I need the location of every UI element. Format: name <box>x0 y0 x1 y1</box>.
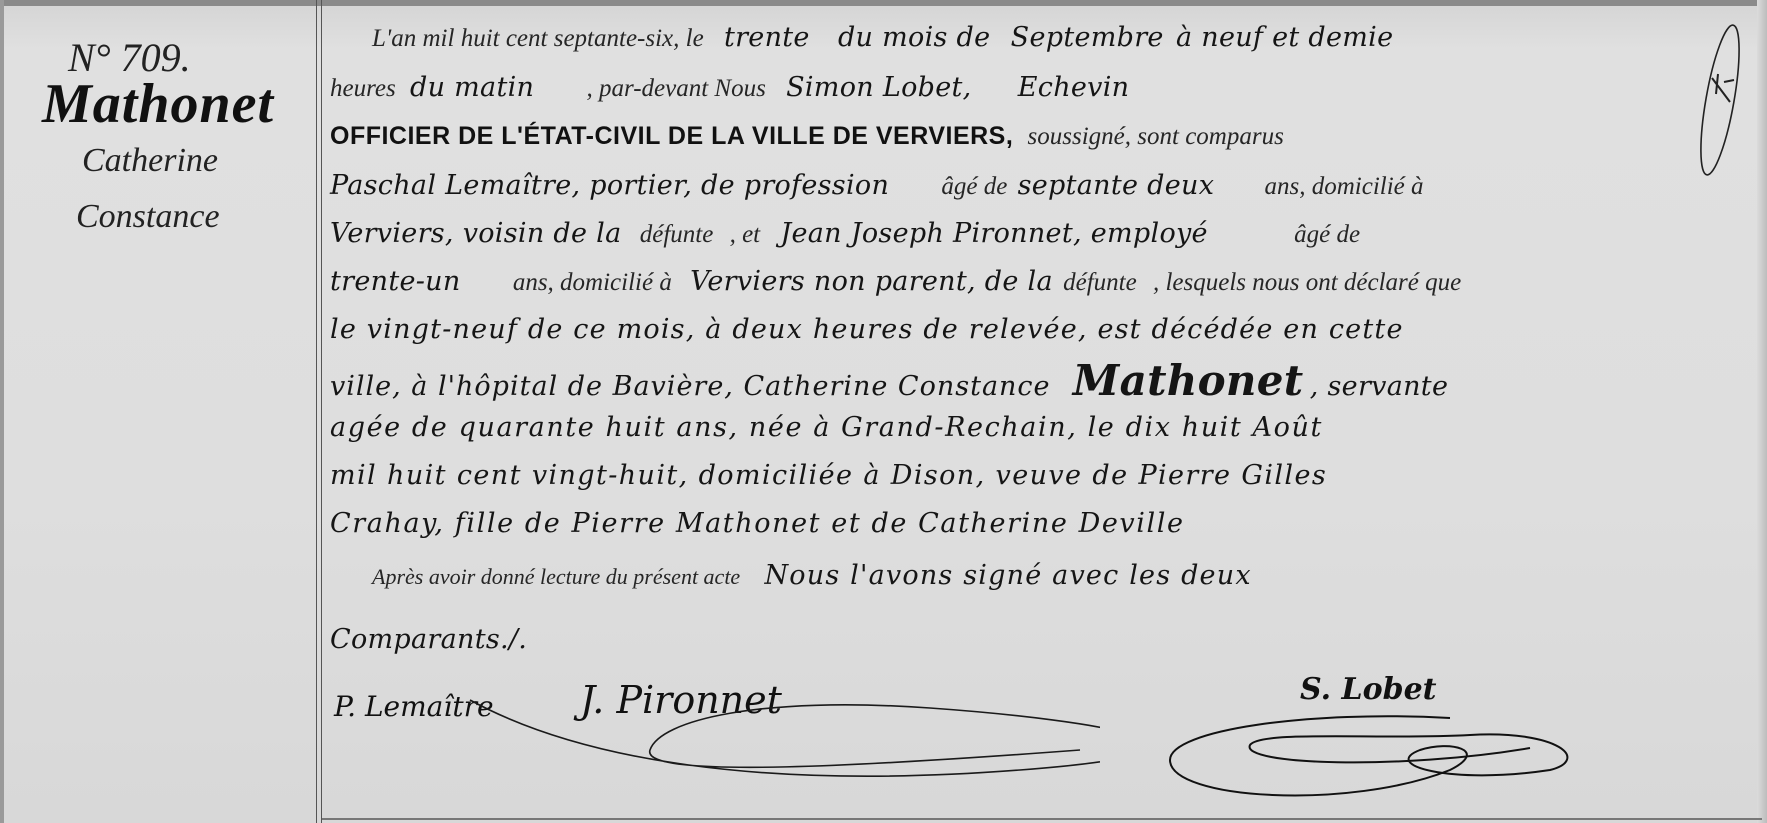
handwritten-occupation: , servante <box>1310 371 1448 402</box>
record-line-3: OFFICIER DE L'ÉTAT-CIVIL DE LA VILLE DE … <box>330 122 1284 151</box>
printed-text: soussigné, sont comparus <box>1028 123 1284 150</box>
handwritten-text: le vingt-neuf de ce mois, à deux heures … <box>330 314 1404 345</box>
handwritten-text: mil huit cent vingt-huit, domiciliée à D… <box>330 460 1327 491</box>
handwritten-age: septante deux <box>1018 170 1215 201</box>
handwritten-deceased-surname: Mathonet <box>1073 356 1304 405</box>
handwritten-text: du mois de <box>838 22 990 53</box>
printed-text: défunte <box>640 221 714 248</box>
handwritten-witness-1: Paschal Lemaître, portier, de profession <box>330 170 889 201</box>
record-line-1: L'an mil huit cent septante-six, le tren… <box>330 22 1393 53</box>
margin-double-rule <box>316 0 322 823</box>
handwritten-witness-2: Jean Joseph Pironnet, employé <box>780 218 1207 249</box>
handwritten-officer-name: Simon Lobet, <box>786 72 971 103</box>
record-line-9: agée de quarante huit ans, née à Grand-R… <box>330 412 1323 443</box>
handwritten-month: Septembre <box>1011 22 1164 53</box>
page-right-shadow <box>1757 0 1767 823</box>
printed-text: heures <box>330 75 396 102</box>
printed-text: ans, domicilié à <box>513 269 672 296</box>
handwritten-text: Nous l'avons signé avec les deux <box>764 560 1251 591</box>
margin-column: N° 709. Mathonet Catherine Constance <box>0 0 316 823</box>
record-line-7: le vingt-neuf de ce mois, à deux heures … <box>330 314 1404 345</box>
marginal-paraph-icon <box>1690 20 1750 180</box>
printed-text: ans, domicilié à <box>1265 173 1424 200</box>
printed-text: âgé de <box>941 173 1007 200</box>
record-line-6: trente-un ans, domicilié à Verviers non … <box>330 266 1461 297</box>
record-line-8: ville, à l'hôpital de Bavière, Catherine… <box>330 356 1448 405</box>
handwritten-text: Crahay, fille de Pierre Mathonet et de C… <box>330 508 1185 539</box>
printed-text: , et <box>730 221 761 248</box>
printed-text: défunte <box>1063 269 1137 296</box>
handwritten-text: ville, à l'hôpital de Bavière, Catherine… <box>330 371 1051 402</box>
handwritten-text: Verviers non parent, de la <box>690 266 1053 297</box>
handwritten-day: trente <box>724 22 810 53</box>
record-line-2: heures du matin , par-devant Nous Simon … <box>330 72 1129 103</box>
record-line-5: Verviers, voisin de la défunte , et Jean… <box>330 218 1360 249</box>
record-line-4: Paschal Lemaître, portier, de profession… <box>330 170 1424 201</box>
signature-flourish-icon <box>460 680 1100 800</box>
margin-given-name-1: Catherine <box>82 142 218 180</box>
record-line-13: Comparants./. <box>330 624 527 655</box>
margin-given-name-2: Constance <box>76 198 220 236</box>
printed-text: , lesquels nous ont déclaré que <box>1153 269 1461 296</box>
handwritten-age: trente-un <box>330 266 461 297</box>
handwritten-text: Verviers, voisin de la <box>330 218 621 249</box>
printed-text: âgé de <box>1294 221 1360 248</box>
record-line-12: Après avoir donné lecture du présent act… <box>330 560 1252 591</box>
margin-surname: Mathonet <box>42 72 274 136</box>
handwritten-hour: à neuf et demie <box>1176 22 1393 53</box>
handwritten-officer-title: Echevin <box>1018 72 1130 103</box>
printed-text: L'an mil huit cent septante-six, le <box>372 25 704 52</box>
record-line-10: mil huit cent vingt-huit, domiciliée à D… <box>330 460 1327 491</box>
handwritten-text: Comparants./. <box>330 624 527 655</box>
handwritten-text: agée de quarante huit ans, née à Grand-R… <box>330 412 1323 443</box>
handwritten-text: du matin <box>410 72 534 103</box>
record-line-11: Crahay, fille de Pierre Mathonet et de C… <box>330 508 1185 539</box>
printed-officer-heading: OFFICIER DE L'ÉTAT-CIVIL DE LA VILLE DE … <box>330 122 1013 150</box>
printed-text: Après avoir donné lecture du présent act… <box>372 564 740 589</box>
register-page: N° 709. Mathonet Catherine Constance L'a… <box>0 0 1767 823</box>
officer-flourish-icon <box>1150 690 1570 810</box>
printed-text: , par-devant Nous <box>586 75 765 102</box>
